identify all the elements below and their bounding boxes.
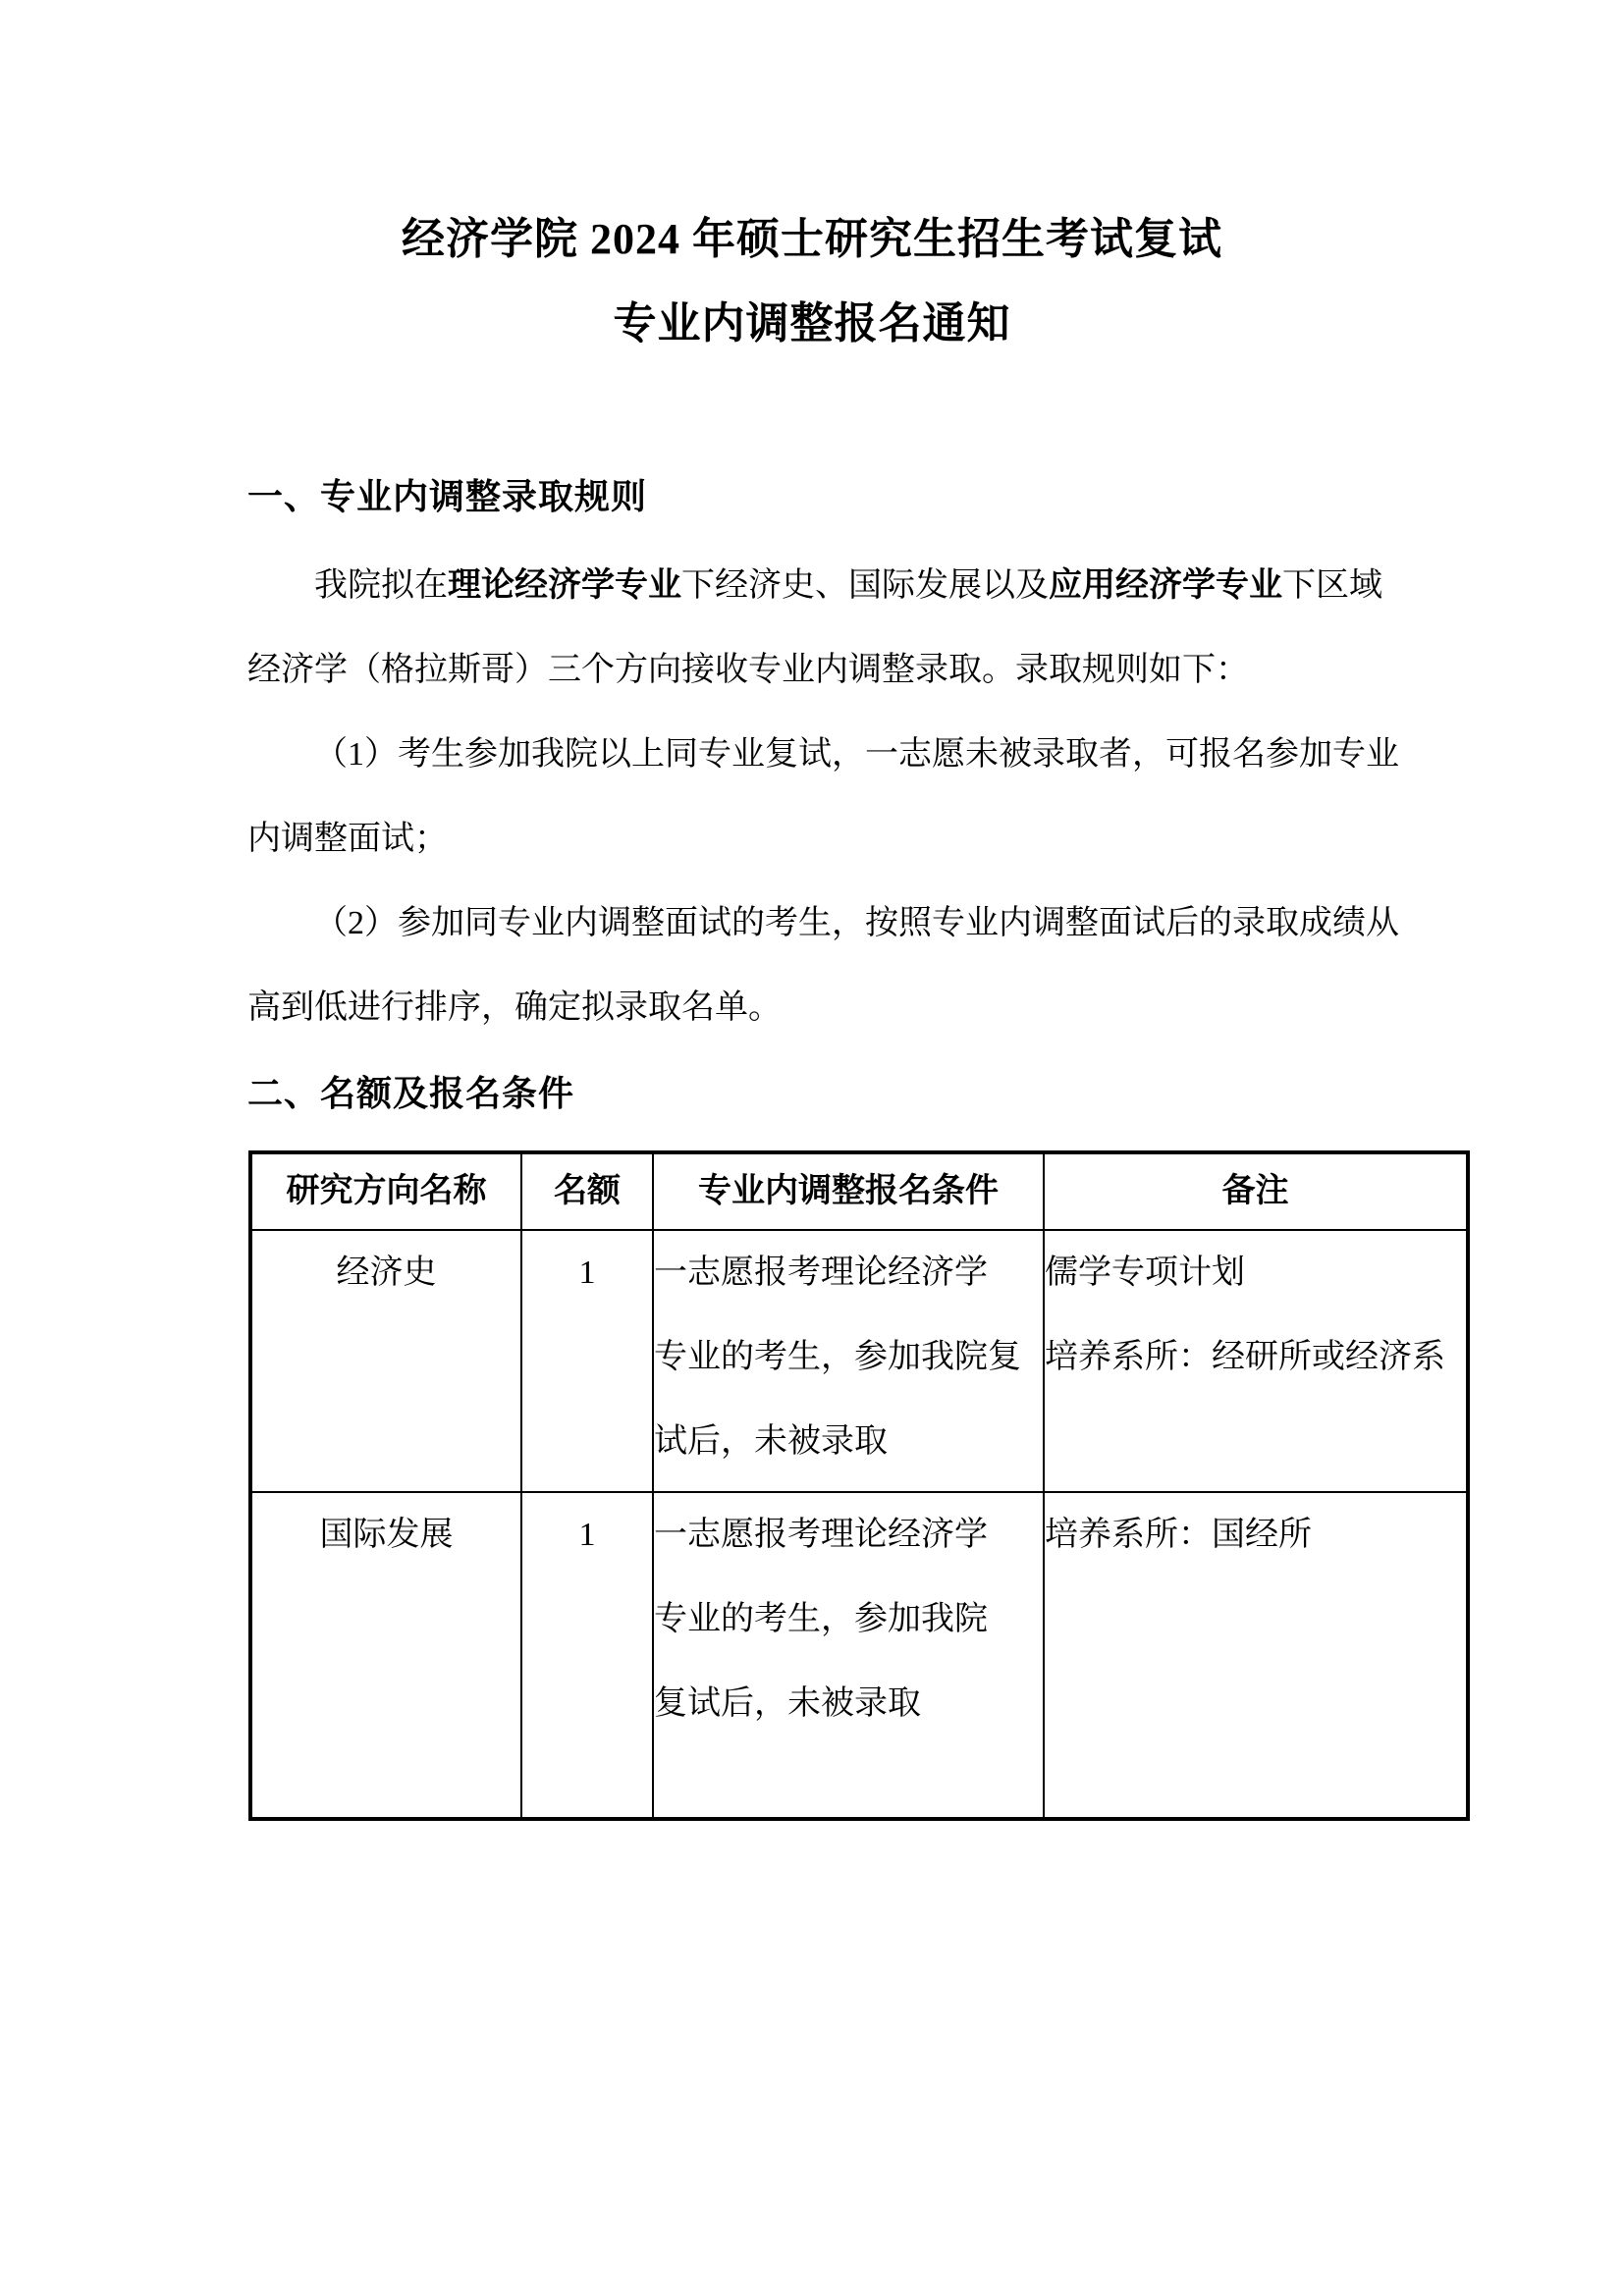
condition-line: 一志愿报考理论经济学 — [654, 1493, 1043, 1577]
rule-item-2-line-1: （2）参加同专业内调整面试的考生，按照专业内调整面试后的录取成绩从 — [247, 881, 1492, 966]
condition-cell: 一志愿报考理论经济学 专业的考生，参加我院 复试后，未被录取 — [653, 1492, 1044, 1819]
quota-table: 研究方向名称 名额 专业内调整报名条件 备注 经济史 1 一志愿报考理论经济学 … — [248, 1150, 1470, 1821]
remark-line: 培养系所：国经所 — [1045, 1493, 1466, 1577]
column-header-research-direction: 研究方向名称 — [250, 1152, 521, 1230]
condition-line: 一志愿报考理论经济学 — [654, 1231, 1043, 1315]
intro-text-pre: 我院拟在 — [314, 567, 448, 604]
document-page: 经济学院 2024 年硕士研究生招生考试复试 专业内调整报名通知 一、专业内调整… — [0, 0, 1624, 2296]
column-header-condition: 专业内调整报名条件 — [653, 1152, 1044, 1230]
document-title-line-1: 经济学院 2024 年硕士研究生招生考试复试 — [0, 210, 1624, 269]
section-2-heading: 二、名额及报名条件 — [247, 1064, 1426, 1123]
rule-item-2-line-2: 高到低进行排序，确定拟录取名单。 — [247, 966, 1426, 1050]
intro-bold-applied-economics: 应用经济学专业 — [1049, 567, 1282, 604]
intro-paragraph-line-2: 经济学（格拉斯哥）三个方向接收专业内调整录取。录取规则如下： — [247, 628, 1426, 713]
rule-item-1-line-1: （1）考生参加我院以上同专业复试，一志愿未被录取者，可报名参加专业 — [247, 713, 1492, 797]
intro-paragraph-line-1: 我院拟在理论经济学专业下经济史、国际发展以及应用经济学专业下区域 — [247, 544, 1492, 628]
remark-cell: 培养系所：国经所 — [1044, 1492, 1468, 1819]
table-header-row: 研究方向名称 名额 专业内调整报名条件 备注 — [250, 1152, 1468, 1230]
column-header-quota: 名额 — [521, 1152, 653, 1230]
remark-line: 培养系所：经研所或经济系 — [1045, 1315, 1466, 1400]
quota-cell: 1 — [521, 1230, 653, 1492]
condition-line: 试后，未被录取 — [654, 1400, 1043, 1484]
column-header-remark: 备注 — [1044, 1152, 1468, 1230]
document-title-line-2: 专业内调整报名通知 — [0, 294, 1624, 353]
table-row: 国际发展 1 一志愿报考理论经济学 专业的考生，参加我院 复试后，未被录取 培养… — [250, 1492, 1468, 1819]
intro-text-mid: 下经济史、国际发展以及 — [681, 567, 1049, 604]
condition-line: 专业的考生，参加我院复 — [654, 1315, 1043, 1400]
remark-cell: 儒学专项计划 培养系所：经研所或经济系 — [1044, 1230, 1468, 1492]
intro-bold-theoretical-economics: 理论经济学专业 — [448, 567, 681, 604]
condition-line: 专业的考生，参加我院 — [654, 1577, 1043, 1662]
rule-item-1-line-2: 内调整面试； — [247, 797, 1426, 881]
quota-cell: 1 — [521, 1492, 653, 1819]
section-1-heading: 一、专业内调整录取规则 — [247, 467, 1426, 526]
remark-line: 儒学专项计划 — [1045, 1231, 1466, 1315]
table-row: 经济史 1 一志愿报考理论经济学 专业的考生，参加我院复 试后，未被录取 儒学专… — [250, 1230, 1468, 1492]
condition-cell: 一志愿报考理论经济学 专业的考生，参加我院复 试后，未被录取 — [653, 1230, 1044, 1492]
direction-cell: 经济史 — [250, 1230, 521, 1492]
condition-line: 复试后，未被录取 — [654, 1662, 1043, 1746]
direction-cell: 国际发展 — [250, 1492, 521, 1819]
intro-text-post: 下区域 — [1282, 567, 1382, 604]
